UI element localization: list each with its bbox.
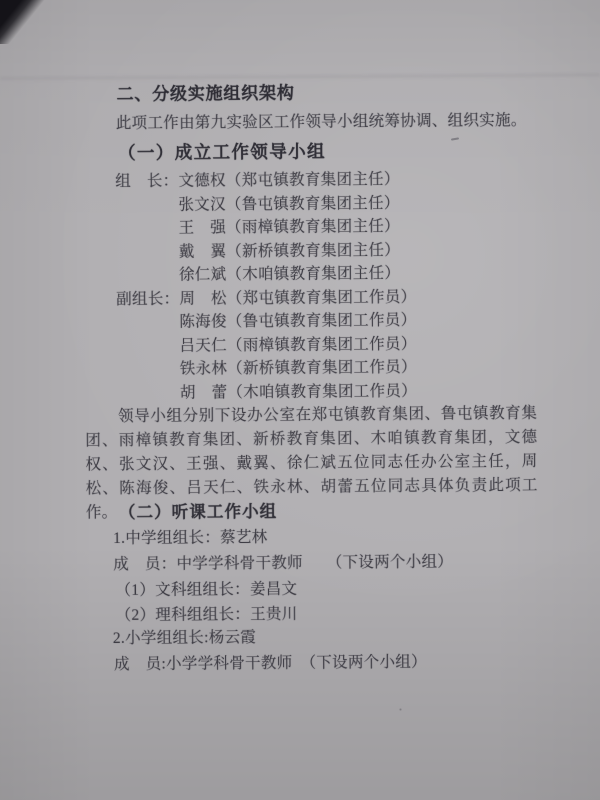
intro-paragraph: 此项工作由第九实验区工作领导小组统筹协调、组织实施。	[116, 112, 527, 134]
primary-school-leader-line: 2.小学组组长:杨云霞	[113, 629, 256, 649]
group-leader-row: 组 长：文德权（郑屯镇教育集团主任）	[115, 171, 400, 192]
deputy-leader-member-row: 吕天仁（雨樟镇教育集团工作员）	[180, 336, 417, 356]
liberal-arts-leader-line: （1）文科组组长：姜昌文	[115, 581, 297, 601]
document-page: 二、分级实施组织架构 此项工作由第九实验区工作领导小组统筹协调、组织实施。 （一…	[0, 0, 600, 800]
group-leader-member-row: 戴 翼（新桥镇教育集团主任）	[179, 242, 400, 262]
middle-school-leader-line: 1.中学组组长：蔡艺林	[113, 529, 268, 549]
group-leader-member-row: 徐仁斌（木咱镇教育集团主任）	[179, 265, 400, 285]
section-heading: 二、分级实施组织架构	[117, 84, 295, 106]
subsection2-heading: （二）听课工作小组	[119, 502, 278, 523]
science-leader-line: （2）理科组组长：王贵川	[116, 606, 298, 626]
primary-school-members-line: 成 员:小学学科骨干教师 （下设两个小组）	[114, 654, 427, 675]
deputy-leader-row: 副组长：周 松（郑屯镇教育集团工作员）	[116, 289, 416, 310]
deputy-leader-member-row: 铁永林（新桥镇教育集团工作员）	[180, 359, 417, 379]
group-leader-member-row: 张文汉（鲁屯镇教育集团主任）	[178, 195, 399, 215]
deputy-leader-member-row: 陈海俊（鲁屯镇教育集团工作员）	[179, 312, 416, 332]
dust-speck	[399, 708, 402, 711]
subsection1-heading: （一）成立工作领导小组	[118, 141, 326, 164]
group-leader-member-row: 王 强（雨樟镇教育集团主任）	[179, 218, 400, 238]
document-photo: 二、分级实施组织架构 此项工作由第九实验区工作领导小组统筹协调、组织实施。 （一…	[0, 0, 600, 800]
deputy-leader-member-row: 胡 蕾（木咱镇教育集团工作员）	[180, 383, 417, 403]
middle-school-members-line: 成 员：中学学科骨干教师 （下设两个小组）	[113, 553, 453, 574]
